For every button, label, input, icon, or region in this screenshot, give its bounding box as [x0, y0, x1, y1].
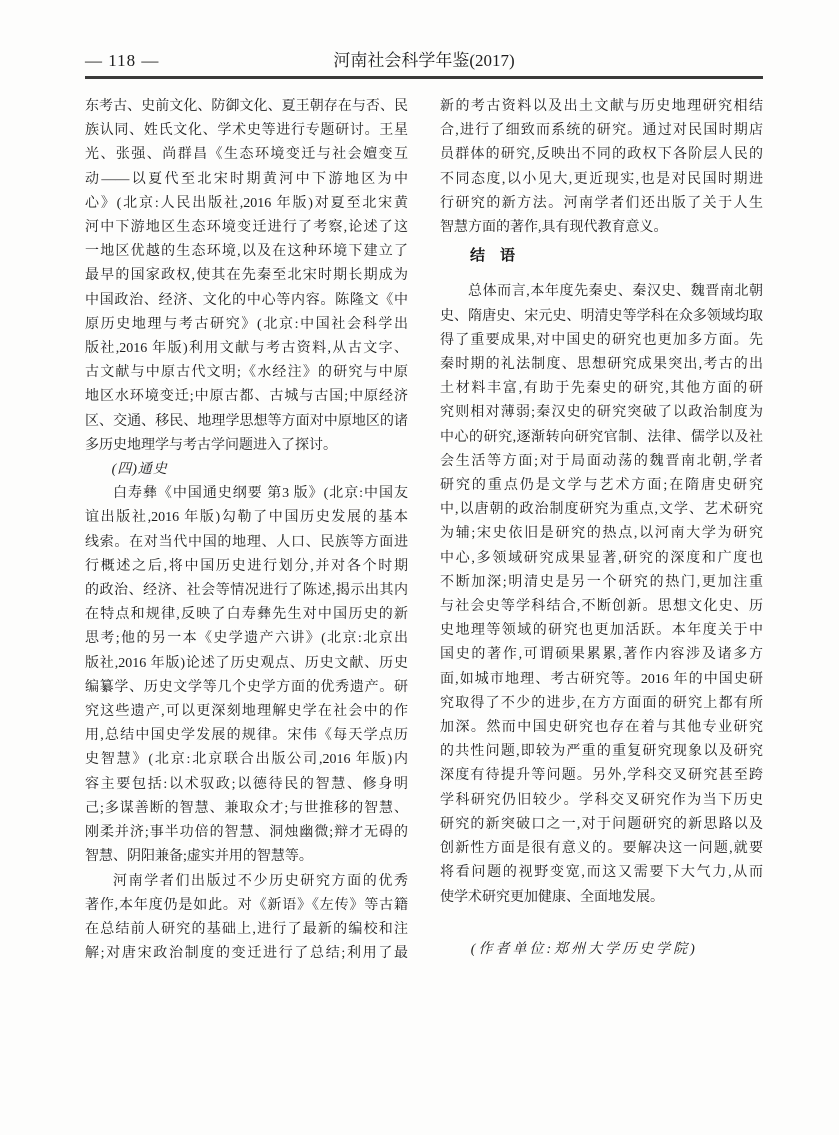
text-line: 究取得了不少的进步,在方方面面的研究上都有所 [440, 692, 763, 716]
text-line: 最早的国家政权,使其在先秦至北宋时期长期成为 [85, 264, 408, 288]
text-line: 不断加深;明清史是另一个研究的热门,更加注重 [440, 571, 763, 595]
text-line: 会生活等方面;对于局面动荡的魏晋南北朝,学者 [440, 450, 763, 474]
text-line: 秦时期的礼法制度、思想研究成果突出,考古的出 [440, 353, 763, 377]
text-line: 中心,多领域研究成果显著,研究的深度和广度也 [440, 547, 763, 571]
text-line: 得了重要成果,对中国史的研究也更加多方面。先 [440, 329, 763, 353]
text-line: 东考古、史前文化、防御文化、夏王朝存在与否、民 [85, 95, 408, 119]
text-line: 中心的研究,逐渐转向研究官制、法律、儒学以及社 [440, 426, 763, 450]
text-line: 著作,本年度仍是如此。对《新语》《左传》等古籍 [85, 894, 408, 918]
text-line: 为辅;宋史依旧是研究的热点,以河南大学为研究 [440, 522, 763, 546]
text-line: 史、隋唐史、宋元史、明清史等学科在众多领域均取 [440, 305, 763, 329]
text-line: 深度有待提升等问题。另外,学科交叉研究甚至跨 [440, 764, 763, 788]
text-line: 史地理等领域的研究也更加活跃。本年度关于中 [440, 619, 763, 643]
text-line: 合,进行了细致而系统的研究。通过对民国时期店 [440, 119, 763, 143]
text-line: 使学术研究更加健康、全面地发展。 [440, 886, 763, 910]
text-line: 新的考古资料以及出土文献与历史地理研究相结 [440, 95, 763, 119]
text-line: 员群体的研究,反映出不同的政权下各阶层人民的 [440, 143, 763, 167]
text-line: 中,以唐朝的政治制度研究为重点,文学、艺术研究 [440, 498, 763, 522]
text-line: 在特点和规律,反映了白寿彝先生对中国历史的新 [85, 603, 408, 627]
text-line: 史智慧》(北京:北京联合出版公司,2016 年版)内 [85, 748, 408, 772]
text-line: 与社会史等学科结合,不断创新。思想文化史、历 [440, 595, 763, 619]
journal-title: 河南社会科学年鉴(2017) [85, 50, 763, 72]
running-head: — 118 — 河南社会科学年鉴(2017) [85, 50, 763, 74]
text-line: 河南学者们出版过不少历史研究方面的优秀 [85, 870, 408, 894]
text-line: 的政治、经济、社会等情况进行了陈述,揭示出其内 [85, 579, 408, 603]
text-line: 学科研究仍旧较少。学科交叉研究作为当下历史 [440, 789, 763, 813]
text-line: 动——以夏代至北宋时期黄河中下游地区为中 [85, 168, 408, 192]
text-line: 国史的著作,可谓硕果累累,著作内容涉及诸多方 [440, 643, 763, 667]
text-line: 智慧、阴阳兼备;虚实并用的智慧等。 [85, 845, 408, 869]
text-line: 一地区优越的生态环境,以及在这种环境下建立了 [85, 240, 408, 264]
text-line: 究则相对薄弱;秦汉史的研究突破了以政治制度为 [440, 401, 763, 425]
text-line: 刚柔并济;事半功倍的智慧、洞烛幽微;辩才无碍的 [85, 821, 408, 845]
text-line: 土材料丰富,有助于先秦史的研究,其他方面的研 [440, 377, 763, 401]
text-line: 版社,2016 年版)论述了历史观点、历史文献、历史 [85, 652, 408, 676]
text-line: 解;对唐宋政治制度的变迁进行了总结;利用了最 [85, 942, 408, 966]
text-line: 心》(北京:人民出版社,2016 年版)对夏至北宋黄 [85, 192, 408, 216]
text-line: 在总结前人研究的基础上,进行了最新的编校和注 [85, 918, 408, 942]
text-line: 区、交通、移民、地理学思想等方面对中原地区的诸 [85, 410, 408, 434]
text-line: 地区水环境变迁;中原古都、古城与古国;中原经济 [85, 385, 408, 409]
yearbook-page: — 118 — 河南社会科学年鉴(2017) 东考古、史前文化、防御文化、夏王朝… [0, 0, 839, 1135]
text-line: 族认同、姓氏文化、学术史等进行专题研讨。王星 [85, 119, 408, 143]
text-line: 研究的重点仍是文学与艺术方面;在隋唐史研究 [440, 474, 763, 498]
text-line: 中国政治、经济、文化的中心等内容。陈隆文《中 [85, 289, 408, 313]
text-line: 多历史地理学与考古学问题进入了探讨。 [85, 434, 408, 458]
text-line: 行概述之后,将中国历史进行划分,并对各个时期 [85, 555, 408, 579]
text-line: 用,总结中国史学发展的规律。宋伟《每天学点历 [85, 724, 408, 748]
left-text-column: 东考古、史前文化、防御文化、夏王朝存在与否、民族认同、姓氏文化、学术史等进行专题… [85, 95, 408, 966]
section-heading-tongshi: (四)通史 [85, 458, 408, 482]
text-line: 智慧方面的著作,具有现代教育意义。 [440, 216, 763, 240]
section-heading-jieyu: 结 语 [440, 244, 763, 268]
text-line: 研究的新突破口之一,对于问题研究的新思路以及 [440, 813, 763, 837]
text-line: 不同态度,以小见大,更近现实,也是对民国时期进 [440, 168, 763, 192]
text-line: 创新性方面是很有意义的。要解决这一问题,就要 [440, 837, 763, 861]
text-line: 原历史地理与考古研究》(北京:中国社会科学出 [85, 313, 408, 337]
text-line: 容主要包括:以术驭政;以德待民的智慧、修身明 [85, 773, 408, 797]
text-line: 思考;他的另一本《史学遗产六讲》(北京:北京出 [85, 627, 408, 651]
text-line: 的共性问题,即较为严重的重复研究现象以及研究 [440, 740, 763, 764]
text-line: 加深。然而中国史研究也存在着与其他专业研究 [440, 716, 763, 740]
text-line: 谊出版社,2016 年版)勾勒了中国历史发展的基本 [85, 506, 408, 530]
text-line: 行研究的新方法。河南学者们还出版了关于人生 [440, 192, 763, 216]
text-line: 究这些遗产,可以更深刻地理解史学在社会中的作 [85, 700, 408, 724]
right-text-column: 新的考古资料以及出土文献与历史地理研究相结合,进行了细致而系统的研究。通过对民国… [440, 95, 763, 962]
text-line: 版社,2016 年版)利用文献与考古资料,从古文字、 [85, 337, 408, 361]
text-line: 河中下游地区生态环境变迁进行了考察,论述了这 [85, 216, 408, 240]
text-line: 古文献与中原古代文明;《水经注》的研究与中原 [85, 361, 408, 385]
text-line: 白寿彝《中国通史纲要 第3 版》(北京:中国友 [85, 482, 408, 506]
author-affiliation: (作者单位:郑州大学历史学院) [440, 938, 763, 962]
text-line: 总体而言,本年度先秦史、秦汉史、魏晋南北朝 [440, 280, 763, 304]
text-line: 线索。在对当代中国的地理、人口、民族等方面进 [85, 531, 408, 555]
text-line: 将看问题的视野变宽,而这又需要下大气力,从而 [440, 861, 763, 885]
text-line: 光、张强、尚群昌《生态环境变迁与社会嬗变互 [85, 143, 408, 167]
text-line: 己;多谋善断的智慧、兼取众才;与世推移的智慧、 [85, 797, 408, 821]
header-rule [85, 76, 763, 79]
text-line: 面,如城市地理、考古研究等。2016 年的中国史研 [440, 668, 763, 692]
text-line: 编纂学、历史文学等几个史学方面的优秀遗产。研 [85, 676, 408, 700]
